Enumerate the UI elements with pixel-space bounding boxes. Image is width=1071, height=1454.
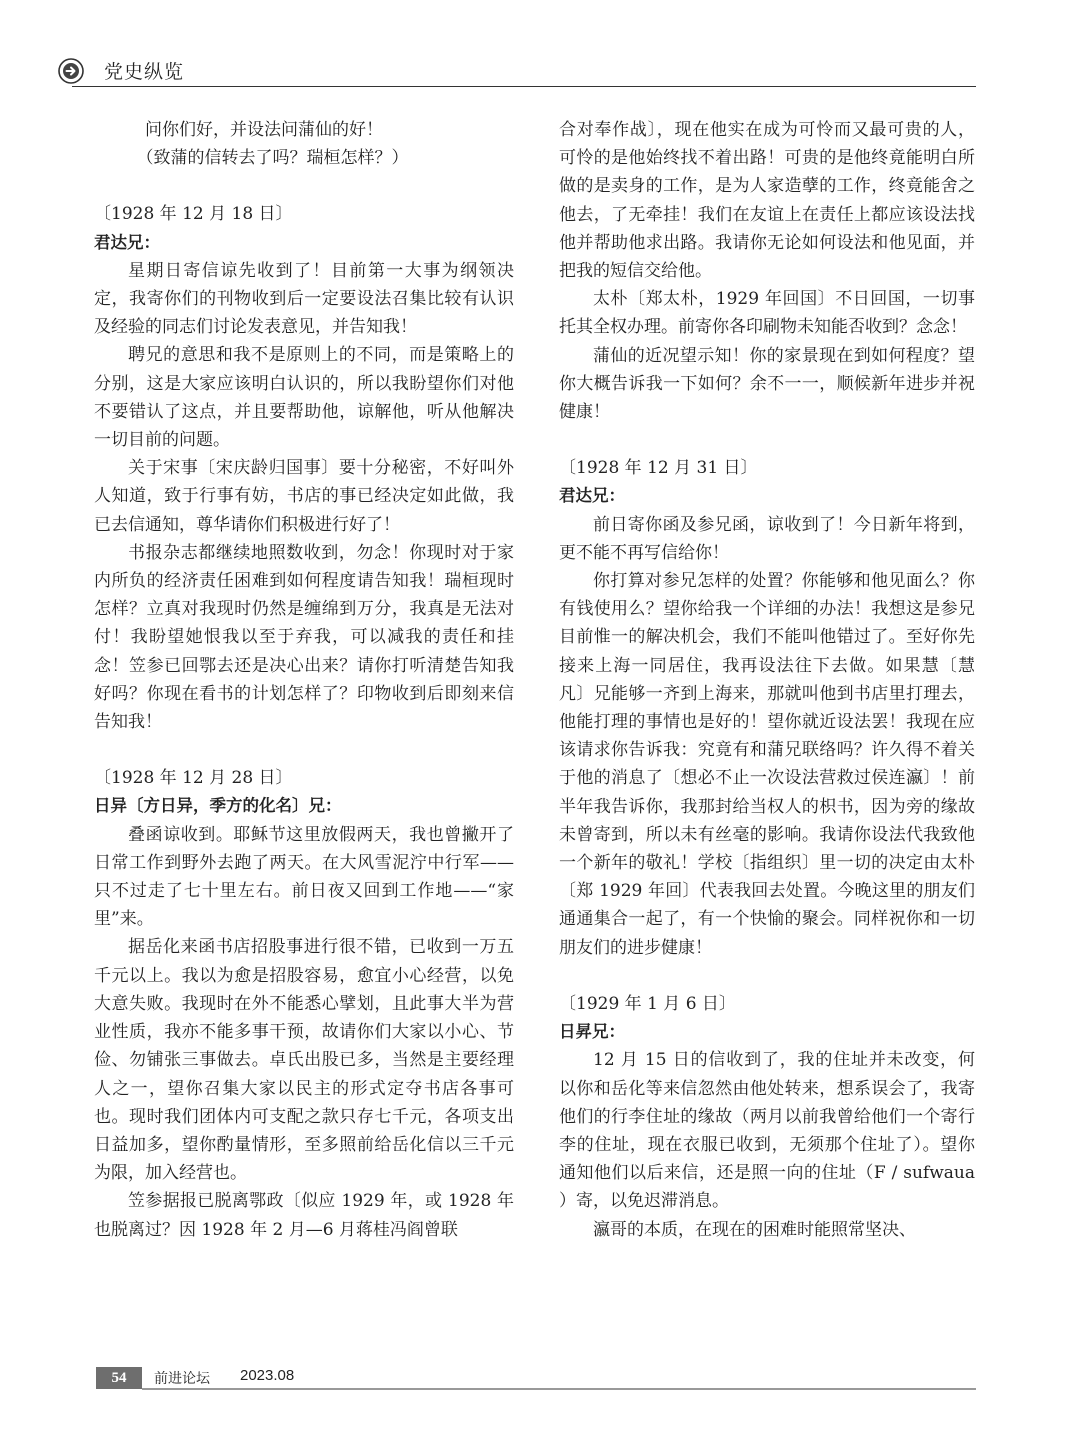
letter-salutation: 日异〔方日异，季方的化名〕兄： <box>94 792 514 820</box>
paragraph: 前日寄你函及参兄函，谅收到了！今日新年将到，更不能不再写信给你！ <box>559 511 975 567</box>
letter-salutation: 君达兄： <box>559 482 975 510</box>
page-number: 54 <box>96 1367 142 1389</box>
letter-date: 〔1928 年 12 月 28 日〕 <box>94 764 514 792</box>
magazine-name: 前进论坛 <box>154 1368 210 1388</box>
letter-date: 〔1928 年 12 月 31 日〕 <box>559 454 975 482</box>
letter-date: 〔1928 年 12 月 18 日〕 <box>94 200 514 228</box>
section-header: 党史纵览 <box>58 56 976 88</box>
paragraph: 瀛哥的本质，在现在的困难时能照常坚决、 <box>559 1216 975 1244</box>
paragraph: 叠函谅收到。耶稣节这里放假两天，我也曾撇开了日常工作到野外去跑了两天。在大风雪泥… <box>94 821 514 934</box>
paragraph: 星期日寄信谅先收到了！目前第一大事为纲领决定，我寄你们的刊物收到后一定要设法召集… <box>94 257 514 342</box>
paragraph-continued: 合对奉作战〕，现在他实在成为可怜而又最可贵的人，可怜的是他始终找不着出路！可贵的… <box>559 116 975 285</box>
section-title: 党史纵览 <box>104 57 184 84</box>
left-column: 问你们好，并设法问蒲仙的好！ （致蒲的信转去了吗？瑞桓怎样？） 〔1928 年 … <box>94 116 514 1244</box>
paragraph: 蒲仙的近况望示知！你的家景现在到如何程度？望你大概告诉我一下如何？余不一一，顺候… <box>559 342 975 427</box>
paragraph: 书报杂志都继续地照数收到，勿念！你现时对于家内所负的经济责任困难到如何程度请告知… <box>94 539 514 736</box>
right-column: 合对奉作战〕，现在他实在成为可怜而又最可贵的人，可怜的是他始终找不着出路！可贵的… <box>559 116 975 1244</box>
page-footer: 54 前进论坛 2023.08 <box>96 1367 976 1389</box>
issue-date: 2023.08 <box>240 1367 294 1384</box>
paragraph: 笠参据报已脱离鄂政〔似应 1929 年，或 1928 年也脱离过？因 1928 … <box>94 1187 514 1243</box>
letter-salutation: 日昇兄： <box>559 1018 975 1046</box>
circle-arrow-right-icon <box>58 58 84 84</box>
letter-date: 〔1929 年 1 月 6 日〕 <box>559 990 975 1018</box>
paragraph: 你打算对参兄怎样的处置？你能够和他见面么？你有钱使用么？望你给我一个详细的办法！… <box>559 567 975 962</box>
intro-line: （致蒲的信转去了吗？瑞桓怎样？） <box>94 144 514 172</box>
footer-rule <box>142 1388 976 1390</box>
paragraph: 太朴〔郑太朴，1929 年回国〕不日回国，一切事托其全权办理。前寄你各印刷物未知… <box>559 285 975 341</box>
paragraph: 聘兄的意思和我不是原则上的不同，而是策略上的分别，这是大家应该明白认识的，所以我… <box>94 341 514 454</box>
paragraph: 关于宋事〔宋庆龄归国事〕要十分秘密，不好叫外人知道，致于行事有妨，书店的事已经决… <box>94 454 514 539</box>
header-rule <box>72 86 976 87</box>
intro-line: 问你们好，并设法问蒲仙的好！ <box>94 116 514 144</box>
letter-salutation: 君达兄： <box>94 229 514 257</box>
paragraph: 据岳化来函书店招股事进行很不错，已收到一万五千元以上。我以为愈是招股容易，愈宜小… <box>94 933 514 1187</box>
paragraph: 12 月 15 日的信收到了，我的住址并未改变，何以你和岳化等来信忽然由他处转来… <box>559 1046 975 1215</box>
